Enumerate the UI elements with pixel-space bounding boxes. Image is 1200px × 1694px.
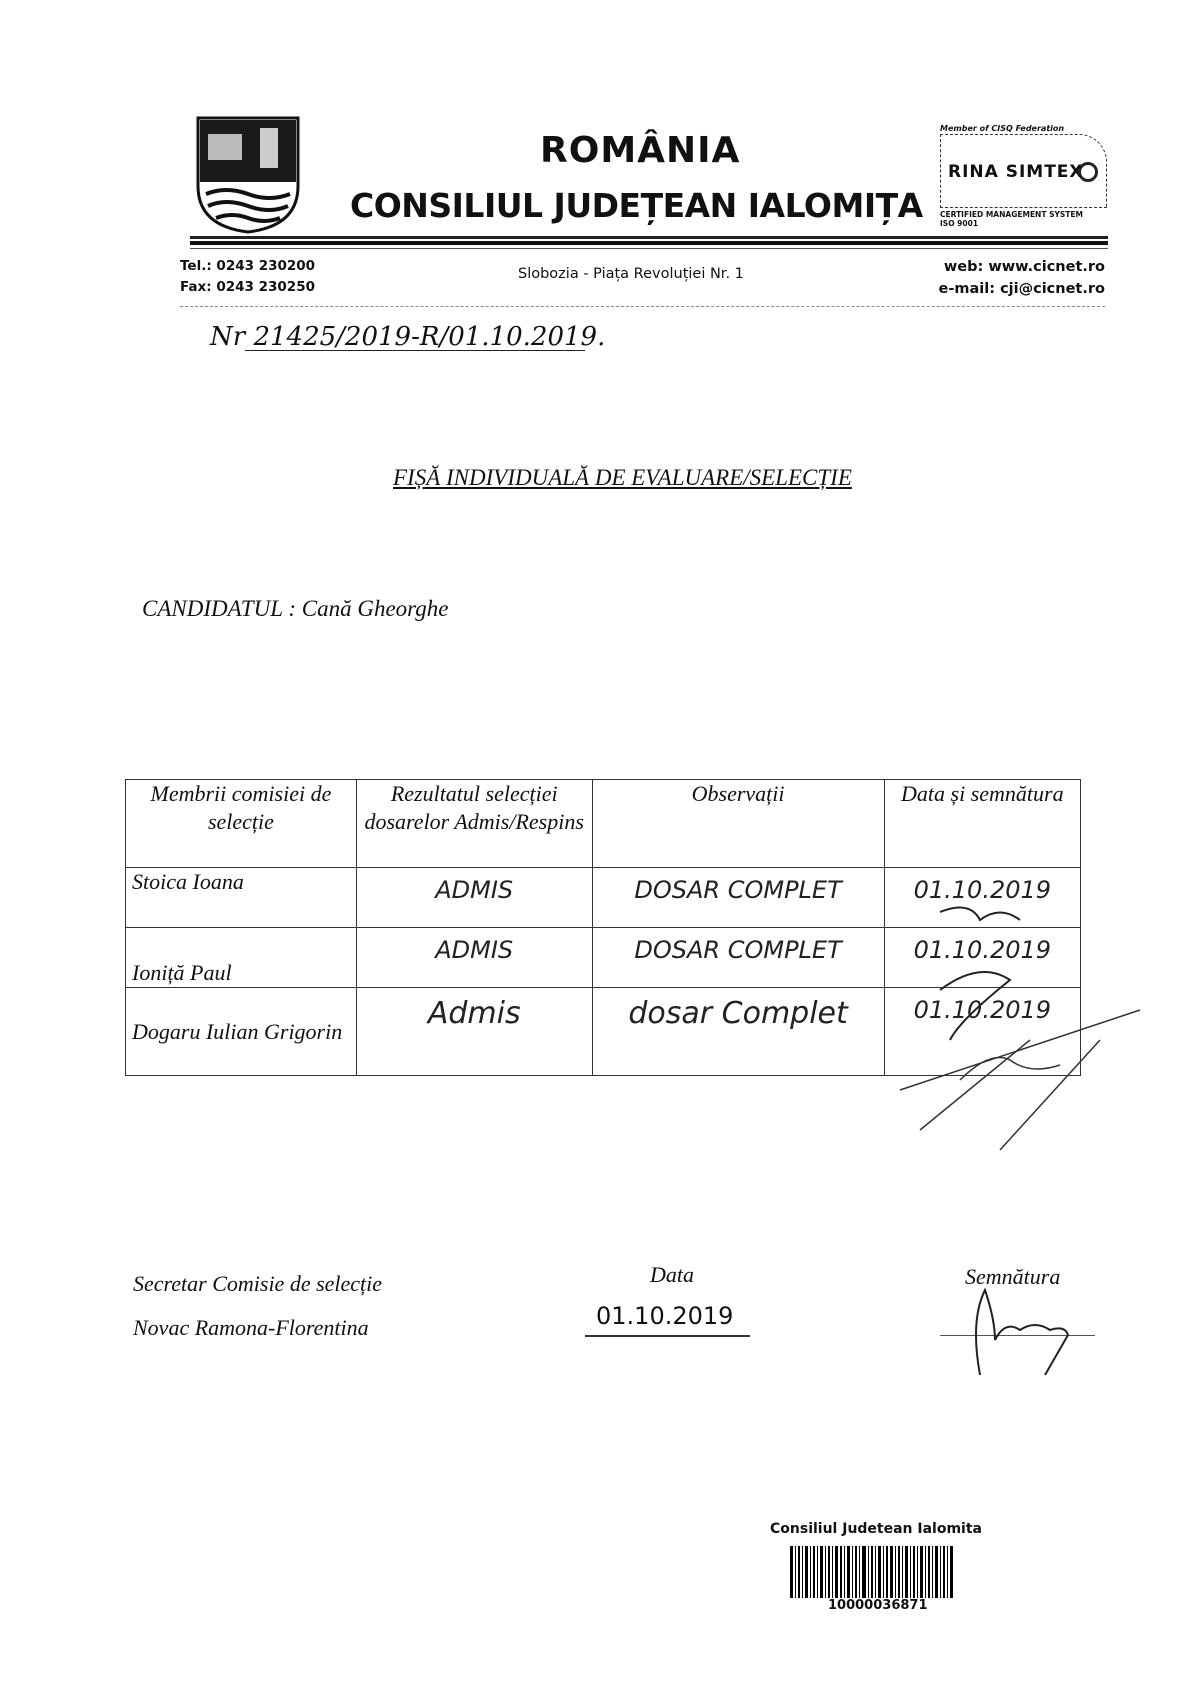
secretary-date: 01.10.2019: [596, 1302, 733, 1330]
web-link: web: www.cicnet.ro: [939, 256, 1105, 278]
signature-scribbles-icon: [880, 860, 1180, 1180]
result-value: ADMIS: [356, 928, 592, 988]
result-value: ADMIS: [356, 868, 592, 928]
phone-fax-block: Tel.: 0243 230200 Fax: 0243 230250: [180, 256, 315, 298]
secretary-role: Secretar Comisie de selecție: [133, 1262, 382, 1306]
institution-title: CONSILIUL JUDEȚEAN IALOMIȚA: [350, 186, 923, 225]
date-underline: [585, 1335, 750, 1337]
barcode-number: 10000036871: [828, 1598, 928, 1613]
header-rule: [190, 236, 1108, 239]
document-title: FIȘĂ INDIVIDUALĂ DE EVALUARE/SELECȚIE: [393, 465, 852, 491]
header-rule: [190, 241, 1108, 245]
header-result: Rezultatul selecției dosarelor Admis/Res…: [356, 780, 592, 868]
country-title: ROMÂNIA: [540, 130, 740, 171]
registration-underline: [245, 350, 585, 351]
secretary-date-label: Data: [650, 1262, 694, 1288]
header-rule: [190, 248, 1108, 249]
candidate-name: Cană Gheorghe: [302, 596, 449, 621]
member-name: Ioniță Paul: [126, 928, 357, 988]
cert-line-2: ISO 9001: [940, 219, 1083, 228]
header-observations: Observații: [592, 780, 884, 868]
result-value: Admis: [356, 988, 592, 1076]
contact-divider: [180, 306, 1105, 308]
web-email-block: web: www.cicnet.ro e-mail: cji@cicnet.ro: [939, 256, 1105, 300]
cert-bottom-text: CERTIFIED MANAGEMENT SYSTEM ISO 9001: [940, 210, 1083, 228]
secretary-name: Novac Ramona-Florentina: [133, 1306, 382, 1350]
secretary-block: Secretar Comisie de selecție Novac Ramon…: [133, 1262, 382, 1350]
fax-text: Fax: 0243 230250: [180, 277, 315, 298]
candidate-line: CANDIDATUL : Cană Gheorghe: [142, 596, 448, 622]
email-link: e-mail: cji@cicnet.ro: [939, 278, 1105, 300]
cert-logo-text: RINA SIMTEX: [948, 162, 1084, 182]
cert-line-1: CERTIFIED MANAGEMENT SYSTEM: [940, 210, 1083, 219]
header-members: Membrii comisiei de selecție: [126, 780, 357, 868]
barcode-icon: [790, 1546, 955, 1598]
cert-top-text: Member of CISQ Federation: [940, 124, 1064, 133]
header-date-signature: Data și semnătura: [884, 780, 1080, 868]
observations-value: DOSAR COMPLET: [592, 928, 884, 988]
county-coat-of-arms-icon: [196, 116, 300, 234]
table-header-row: Membrii comisiei de selecție Rezultatul …: [126, 780, 1081, 868]
registration-number: Nr 21425/2019-R/01.10.2019.: [210, 322, 605, 352]
candidate-label: CANDIDATUL :: [142, 596, 296, 621]
barcode-label: Consiliul Judetean Ialomita: [770, 1521, 982, 1537]
observations-value: DOSAR COMPLET: [592, 868, 884, 928]
phone-text: Tel.: 0243 230200: [180, 256, 315, 277]
cert-seal-icon: [1078, 162, 1098, 182]
observations-value: dosar Complet: [592, 988, 884, 1076]
member-name: Stoica Ioana: [126, 868, 357, 928]
member-name: Dogaru Iulian Grigorin: [126, 988, 357, 1076]
secretary-signature-icon: [950, 1280, 1100, 1380]
address-text: Slobozia - Piața Revoluției Nr. 1: [518, 266, 744, 282]
